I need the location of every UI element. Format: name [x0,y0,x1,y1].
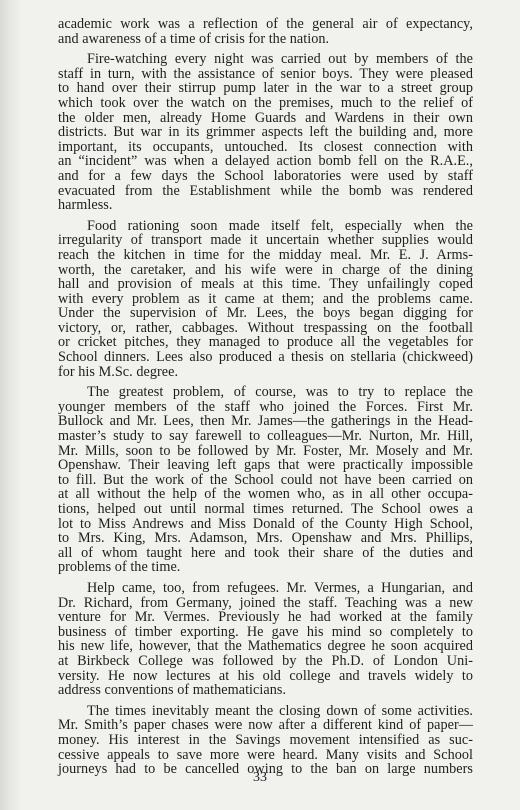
text-line: irregularity of transport made it uncert… [58,233,473,248]
text-line: to fill. But the work of the School coul… [58,473,473,488]
text-line: Dr. Richard, from Germany, joined the st… [58,596,473,611]
text-line: evacuated from the Establishment while t… [58,184,473,199]
text-line: cessive appeals to save more were heard.… [58,748,473,763]
text-line: The greatest problem, of course, was to … [58,385,473,400]
text-line: which took over the watch on the premise… [58,96,473,111]
text-line: his new life, however, that the Mathemat… [58,639,473,654]
text-line: or cricket pitches, they managed to prod… [58,335,473,350]
text-line: business of timber exporting. He gave hi… [58,625,473,640]
text-line: for his M.Sc. degree. [58,365,473,380]
text-line: victory, or, rather, cabbages. Without t… [58,321,473,336]
text-line: to hand over their stirrup pump later in… [58,81,473,96]
text-line: an “incident” was when a delayed action … [58,154,473,169]
text-line: lot to Miss Andrews and Miss Donald of t… [58,517,473,532]
text-line: staff in turn, with the assistance of se… [58,67,473,82]
text-line: master’s study to say farewell to collea… [58,429,473,444]
text-line: younger members of the staff who joined … [58,400,473,415]
text-line: at Birkbeck College was followed by the … [58,654,473,669]
paragraph: Food rationing soon made itself felt, es… [58,219,473,380]
text-line: Food rationing soon made itself felt, es… [58,219,473,234]
text-line: and for a few days the School laboratori… [58,169,473,184]
paragraph: academic work was a reflection of the ge… [58,17,473,46]
text-line: and awareness of a time of crisis for th… [58,32,473,47]
text-line: venture for Mr. Vermes. Previously he ha… [58,610,473,625]
text-line: Mr. Mills, soon to be followed by Mr. Fo… [58,444,473,459]
paragraph: Fire-watching every night was carried ou… [58,52,473,213]
text-line: Mr. Smith’s paper chases were now after … [58,718,473,733]
text-line: Bullock and Mr. Lees, then Mr. James—the… [58,414,473,429]
text-line: the older men, already Home Guards and W… [58,111,473,126]
text-line: districts. But war in its grimmer aspect… [58,125,473,140]
text-line: harmless. [58,198,473,213]
text-line: versity. He now lectures at his old coll… [58,669,473,684]
body-text: academic work was a reflection of the ge… [58,17,473,783]
paragraph: The times inevitably meant the closing d… [58,704,473,777]
text-line: important, its occupants, untouched. Its… [58,140,473,155]
text-line: tions, helped out until normal times ret… [58,502,473,517]
page-gutter-shadow [0,0,22,810]
text-line: Help came, too, from refugees. Mr. Verme… [58,581,473,596]
text-line: Under the supervision of Mr. Lees, the b… [58,306,473,321]
text-line: hall and provision of meals at this time… [58,277,473,292]
page-number: 33 [0,770,520,786]
text-line: Fire-watching every night was carried ou… [58,52,473,67]
text-line: Openshaw. Their leaving left gaps that w… [58,458,473,473]
paragraph: Help came, too, from refugees. Mr. Verme… [58,581,473,698]
text-line: at all without the help of the women who… [58,487,473,502]
text-line: address conventions of mathematicians. [58,683,473,698]
text-line: worth, the caretaker, and his wife were … [58,263,473,278]
text-line: The times inevitably meant the closing d… [58,704,473,719]
text-line: problems of the time. [58,560,473,575]
text-line: to Mrs. King, Mrs. Adamson, Mrs. Opensha… [58,531,473,546]
text-line: all of whom taught here and took their s… [58,546,473,561]
text-line: reach the kitchen in time for the midday… [58,248,473,263]
text-line: with every problem as it came at them; a… [58,292,473,307]
text-line: academic work was a reflection of the ge… [58,17,473,32]
text-line: money. His interest in the Savings movem… [58,733,473,748]
paragraph: The greatest problem, of course, was to … [58,385,473,575]
text-line: School dinners. Lees also produced a the… [58,350,473,365]
